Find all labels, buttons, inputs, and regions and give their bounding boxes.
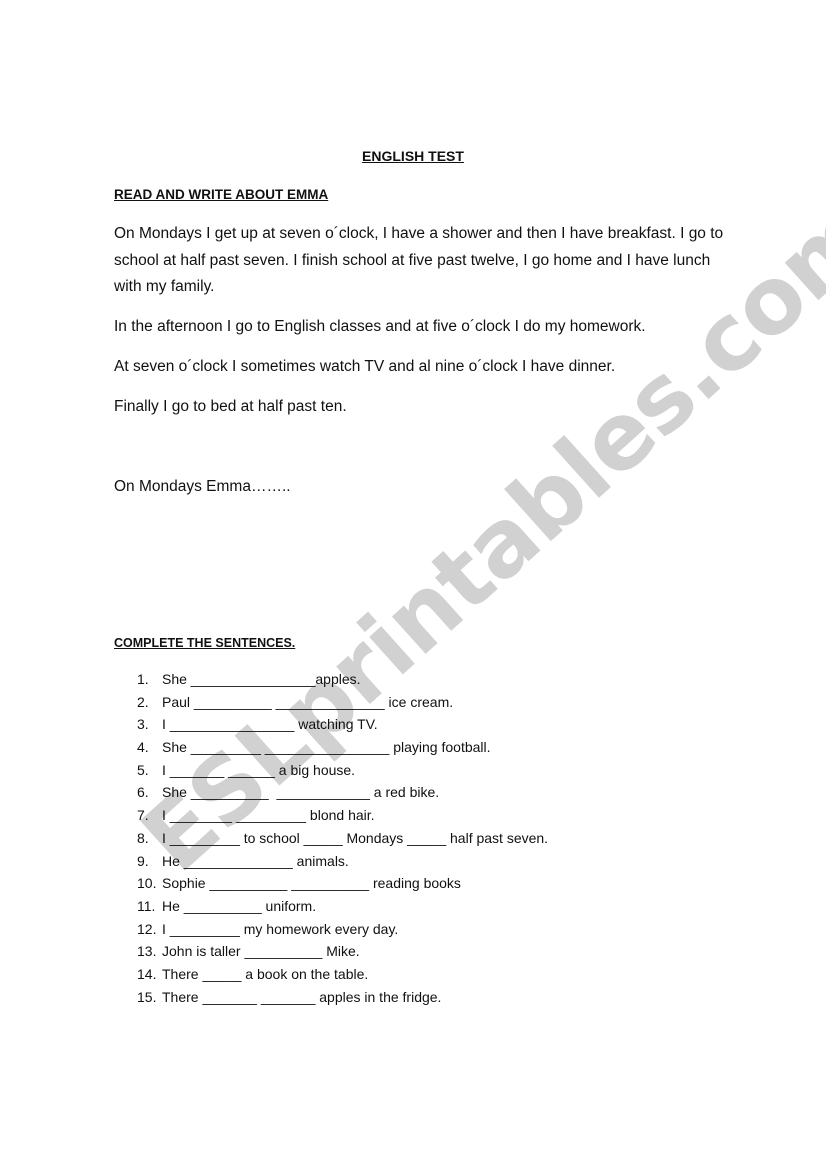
item-number: 8. bbox=[137, 827, 162, 850]
item-text: I _________ my homework every day. bbox=[162, 921, 398, 937]
item-text: I _________ to school _____ Mondays ____… bbox=[162, 830, 548, 846]
item-text: She _________ ________________ playing f… bbox=[162, 739, 491, 755]
item-number: 1. bbox=[137, 668, 162, 691]
list-item: 3.I ________________ watching TV. bbox=[137, 713, 548, 736]
item-number: 15. bbox=[137, 986, 162, 1009]
item-number: 6. bbox=[137, 781, 162, 804]
reading-paragraph: On Mondays I get up at seven o´clock, I … bbox=[114, 221, 734, 301]
list-item: 10.Sophie __________ __________ reading … bbox=[137, 872, 548, 895]
item-number: 14. bbox=[137, 963, 162, 986]
item-number: 3. bbox=[137, 713, 162, 736]
item-number: 12. bbox=[137, 918, 162, 941]
sentence-list: 1.She ________________apples. 2.Paul ___… bbox=[137, 668, 548, 1008]
item-text: There _____ a book on the table. bbox=[162, 966, 368, 982]
list-item: 9.He ______________ animals. bbox=[137, 850, 548, 873]
item-text: I _______ ______ a big house. bbox=[162, 762, 355, 778]
item-number: 10. bbox=[137, 872, 162, 895]
item-text: Paul __________ ______________ ice cream… bbox=[162, 694, 453, 710]
list-item: 6.She __________ ____________ a red bike… bbox=[137, 781, 548, 804]
item-text: Sophie __________ __________ reading boo… bbox=[162, 875, 461, 891]
list-item: 7.I ________ _________ blond hair. bbox=[137, 804, 548, 827]
item-number: 5. bbox=[137, 759, 162, 782]
reading-paragraph: Finally I go to bed at half past ten. bbox=[114, 394, 734, 421]
item-number: 2. bbox=[137, 691, 162, 714]
item-text: I ________ _________ blond hair. bbox=[162, 807, 375, 823]
list-item: 2.Paul __________ ______________ ice cre… bbox=[137, 691, 548, 714]
item-number: 9. bbox=[137, 850, 162, 873]
list-item: 4.She _________ ________________ playing… bbox=[137, 736, 548, 759]
item-text: I ________________ watching TV. bbox=[162, 716, 378, 732]
worksheet-page: ESLprintables.com ENGLISH TEST READ AND … bbox=[0, 0, 826, 1169]
item-text: She __________ ____________ a red bike. bbox=[162, 784, 439, 800]
writing-prompt: On Mondays Emma…….. bbox=[114, 474, 734, 501]
item-text: He __________ uniform. bbox=[162, 898, 316, 914]
reading-paragraph: At seven o´clock I sometimes watch TV an… bbox=[114, 354, 734, 381]
item-text: He ______________ animals. bbox=[162, 853, 349, 869]
list-item: 13.John is taller __________ Mike. bbox=[137, 940, 548, 963]
list-item: 8.I _________ to school _____ Mondays __… bbox=[137, 827, 548, 850]
list-item: 12.I _________ my homework every day. bbox=[137, 918, 548, 941]
page-title: ENGLISH TEST bbox=[0, 148, 826, 164]
item-text: She ________________apples. bbox=[162, 671, 361, 687]
item-number: 7. bbox=[137, 804, 162, 827]
list-item: 11.He __________ uniform. bbox=[137, 895, 548, 918]
list-item: 5.I _______ ______ a big house. bbox=[137, 759, 548, 782]
reading-section-heading: READ AND WRITE ABOUT EMMA bbox=[114, 187, 328, 202]
item-number: 4. bbox=[137, 736, 162, 759]
list-item: 15.There _______ _______ apples in the f… bbox=[137, 986, 548, 1009]
item-number: 13. bbox=[137, 940, 162, 963]
item-text: John is taller __________ Mike. bbox=[162, 943, 360, 959]
item-number: 11. bbox=[137, 895, 162, 918]
list-item: 14.There _____ a book on the table. bbox=[137, 963, 548, 986]
complete-section-heading: COMPLETE THE SENTENCES. bbox=[114, 636, 295, 650]
reading-paragraph: In the afternoon I go to English classes… bbox=[114, 314, 734, 341]
list-item: 1.She ________________apples. bbox=[137, 668, 548, 691]
item-text: There _______ _______ apples in the frid… bbox=[162, 989, 441, 1005]
